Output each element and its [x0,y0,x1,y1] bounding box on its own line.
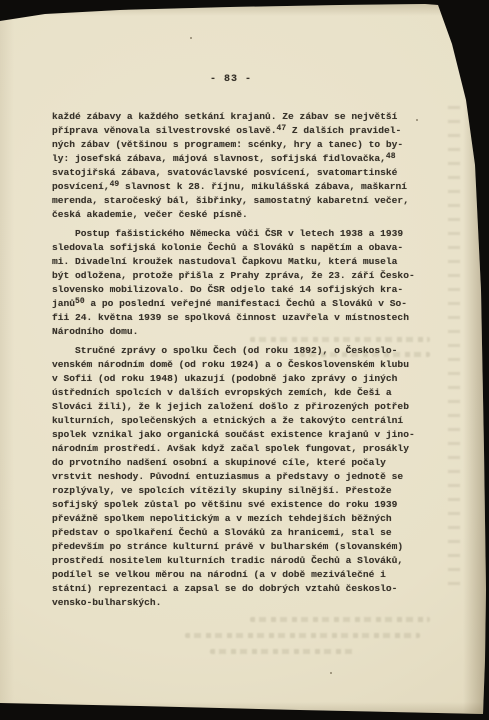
bleed-through-smudge [250,337,430,342]
footnote-ref: 47 [277,124,287,133]
bleed-through-smudge [185,633,420,638]
bleed-through-smudge [250,617,430,622]
text-block: každé zábavy a každého setkání krajanů. … [52,110,424,610]
text-line: převážně spolkem nepolitickým a v mezích… [52,512,424,526]
text-line: janů50 a po poslední veřejné manifestaci… [52,297,424,311]
paper-speck [330,672,332,674]
paper-speck [416,119,418,121]
text-line: Postup fašistického Německa vůči ČSR v l… [52,227,424,241]
text-line: sledovala sofijská kolonie Čechů a Slová… [52,241,424,255]
text-line: představ o spolkaření Čechů a Slováků za… [52,526,424,540]
bleed-through-smudge [448,95,460,585]
text-line: národním prostředí. Avšak když začal spo… [52,442,424,456]
scan-photo: - 83 - každé zábavy a každého setkání kr… [0,0,489,720]
text-line: do prvotního nadšení osobní a skupinové … [52,456,424,470]
text-line: spolek vznikal jako organická součást ex… [52,428,424,442]
text-line: vrstvit neshody. Původní entuziasmus a p… [52,470,424,484]
text-line: být odložena, protože přišla z Prahy zpr… [52,269,424,283]
paragraph: každé zábavy a každého setkání krajanů. … [52,110,424,222]
text-line: ústředních spolcích v dalších evropských… [52,386,424,400]
footnote-ref: 49 [110,180,120,189]
paper-speck [190,37,192,39]
text-line: příprava věnovala silvestrovské oslavě.4… [52,124,424,138]
text-line: v Sofii (od roku 1948) ukazují (podobně … [52,372,424,386]
text-line: kulturních, společenských a etnických a … [52,414,424,428]
footnote-ref: 48 [386,152,396,161]
text-line: vensko-bulharských. [52,596,424,610]
page-number: - 83 - [52,74,410,85]
text-line: sofijský spolek zůstal po většinu své ex… [52,498,424,512]
text-line: mi. Divadelní kroužek nastudoval Čapkovu… [52,255,424,269]
text-line: Slováci žili), že k jejich založení došl… [52,400,424,414]
text-line: slovensko mobilizovalo. Do ČSR odjelo ta… [52,283,424,297]
text-line: rozplývaly, ve spolcích vítězily skupiny… [52,484,424,498]
paragraph: Postup fašistického Německa vůči ČSR v l… [52,227,424,339]
text-line: fii 24. května 1939 se spolková činnost … [52,311,424,325]
text-line: každé zábavy a každého setkání krajanů. … [52,110,424,124]
text-line: venském národním domě (od roku 1924) a o… [52,358,424,372]
text-line: merenda, staročeský bál, šibřinky, samos… [52,194,424,208]
text-line: prostředí nositelem kulturních tradic ná… [52,554,424,568]
text-line: především po stránce kulturní právě v bu… [52,540,424,554]
paper-speck [238,141,240,143]
book-page: - 83 - každé zábavy a každého setkání kr… [0,0,489,720]
text-line: podílel se velkou měrou na národní (a v … [52,568,424,582]
text-line: svatojiřská zábava, svatováclavské posví… [52,166,424,180]
text-line: česká akademie, večer české písně. [52,208,424,222]
text-line: státní) reprezentaci a zapsal se do dobr… [52,582,424,596]
footnote-ref: 50 [75,297,85,306]
bleed-through-smudge [210,649,355,654]
bleed-through-smudge [300,352,430,357]
text-line: posvícení,49 slavnost k 28. říjnu, mikul… [52,180,424,194]
text-line: ly: josefská zábava, májová slavnost, so… [52,152,424,166]
paragraph: Stručné zprávy o spolku Čech (od roku 18… [52,344,424,610]
